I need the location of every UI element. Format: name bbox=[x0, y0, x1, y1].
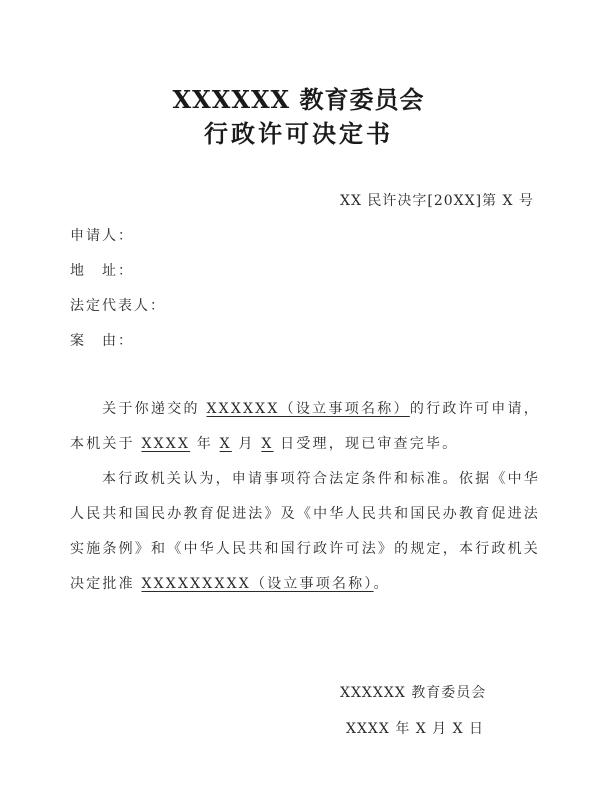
month: X bbox=[220, 436, 232, 452]
item-name: XXXXXX（设立事项名称） bbox=[207, 401, 410, 417]
approved-item: XXXXXXXXX（设立事项名称） bbox=[141, 576, 373, 592]
signature-org: XXXXXX 教育委员会 bbox=[340, 682, 486, 702]
signature-date: XXXX 年 X 月 X 日 bbox=[346, 718, 484, 738]
field-legal-rep: 法定代表人： bbox=[70, 295, 166, 315]
text: 月 bbox=[232, 436, 262, 452]
paragraph-acceptance: 关于你递交的 XXXXXX（设立事项名称）的行政许可申请，本机关于 XXXX 年… bbox=[70, 392, 540, 462]
text: 年 bbox=[190, 436, 220, 452]
document-number: XX 民许决字[20XX]第 X 号 bbox=[340, 190, 534, 210]
text: 关于你递交的 bbox=[102, 401, 207, 417]
title-document: 行政许可决定书 bbox=[0, 114, 597, 149]
text: 日受理，现已审查完毕。 bbox=[274, 436, 459, 452]
year: XXXX bbox=[141, 436, 190, 452]
title-org: XXXXXX 教育委员会 bbox=[0, 80, 597, 115]
field-applicant: 申请人： bbox=[70, 225, 134, 245]
text: 。 bbox=[374, 576, 390, 592]
paragraph-decision: 本行政机关认为，申请事项符合法定条件和标准。依据《中华人民共和国民办教育促进法》… bbox=[70, 462, 540, 602]
field-case: 案 由： bbox=[70, 330, 134, 350]
text: 本行政机关认为，申请事项符合法定条件和标准。依据《中华人民共和国民办教育促进法》… bbox=[70, 471, 540, 592]
field-address: 地 址： bbox=[70, 260, 134, 280]
day: X bbox=[261, 436, 273, 452]
